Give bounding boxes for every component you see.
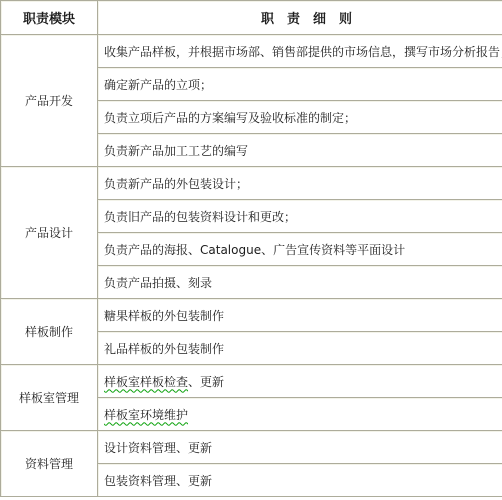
detail-text: 糖果样板的外包装制作 — [104, 309, 224, 323]
table-row: 资料管理 设计资料管理、更新 — [1, 431, 502, 464]
detail-cell: 确定新产品的立项； — [98, 68, 502, 101]
module-cell-sample-making: 样板制作 — [1, 299, 98, 365]
table-row: 样板制作 糖果样板的外包装制作 — [1, 299, 502, 332]
detail-cell: 糖果样板的外包装制作 — [98, 299, 502, 332]
detail-text: 负责产品的海报、Catalogue、广告宣传资料等平面设计 — [104, 243, 405, 257]
module-cell-product-development: 产品开发 — [1, 35, 98, 167]
responsibility-table: 职责模块 职 责 细 则 产品开发 收集产品样板，并根据市场部、销售部提供的市场… — [0, 0, 502, 497]
detail-text: 负责产品拍摄、刻录 — [104, 276, 212, 290]
column-header-module: 职责模块 — [1, 1, 98, 35]
detail-text: 设计资料管理、更新 — [104, 441, 212, 455]
detail-cell: 负责新产品加工工艺的编写 — [98, 134, 502, 167]
table-row: 产品设计 负责新产品的外包装设计； — [1, 167, 502, 200]
table-row: 样板室管理 样板室样板检查、更新 — [1, 365, 502, 398]
detail-cell: 收集产品样板，并根据市场部、销售部提供的市场信息，撰写市场分析报告； — [98, 35, 502, 68]
module-cell-product-design: 产品设计 — [1, 167, 98, 299]
table-header-row: 职责模块 职 责 细 则 — [1, 1, 502, 35]
detail-text: 负责新产品加工工艺的编写 — [104, 144, 248, 158]
detail-cell: 包装资料管理、更新 — [98, 464, 502, 497]
detail-text: 负责立项后产品的方案编写及验收标准的制定； — [104, 111, 356, 125]
module-cell-document-management: 资料管理 — [1, 431, 98, 497]
detail-text: 、更新 — [188, 375, 224, 389]
detail-cell: 负责旧产品的包装资料设计和更改； — [98, 200, 502, 233]
detail-text: 负责旧产品的包装资料设计和更改； — [104, 210, 296, 224]
column-header-details: 职 责 细 则 — [98, 1, 502, 35]
detail-text: 收集产品样板，并根据市场部、销售部提供的市场信息，撰写市场分析报告； — [104, 45, 502, 59]
detail-cell: 负责立项后产品的方案编写及验收标准的制定； — [98, 101, 502, 134]
detail-cell: 负责新产品的外包装设计； — [98, 167, 502, 200]
detail-text: 确定新产品的立项； — [104, 78, 212, 92]
module-cell-sample-room-management: 样板室管理 — [1, 365, 98, 431]
table-row: 产品开发 收集产品样板，并根据市场部、销售部提供的市场信息，撰写市场分析报告； — [1, 35, 502, 68]
detail-cell: 负责产品的海报、Catalogue、广告宣传资料等平面设计 — [98, 233, 502, 266]
detail-cell: 设计资料管理、更新 — [98, 431, 502, 464]
detail-text: 礼品样板的外包装制作 — [104, 342, 224, 356]
detail-text: 包装资料管理、更新 — [104, 474, 212, 488]
detail-text: 负责新产品的外包装设计； — [104, 177, 248, 191]
grammar-marked-text: 样板室样板检查 — [104, 375, 188, 389]
detail-cell: 礼品样板的外包装制作 — [98, 332, 502, 365]
detail-cell: 负责产品拍摄、刻录 — [98, 266, 502, 299]
detail-cell: 样板室环境维护 — [98, 398, 502, 431]
detail-cell: 样板室样板检查、更新 — [98, 365, 502, 398]
grammar-marked-text: 样板室环境维护 — [104, 408, 188, 422]
